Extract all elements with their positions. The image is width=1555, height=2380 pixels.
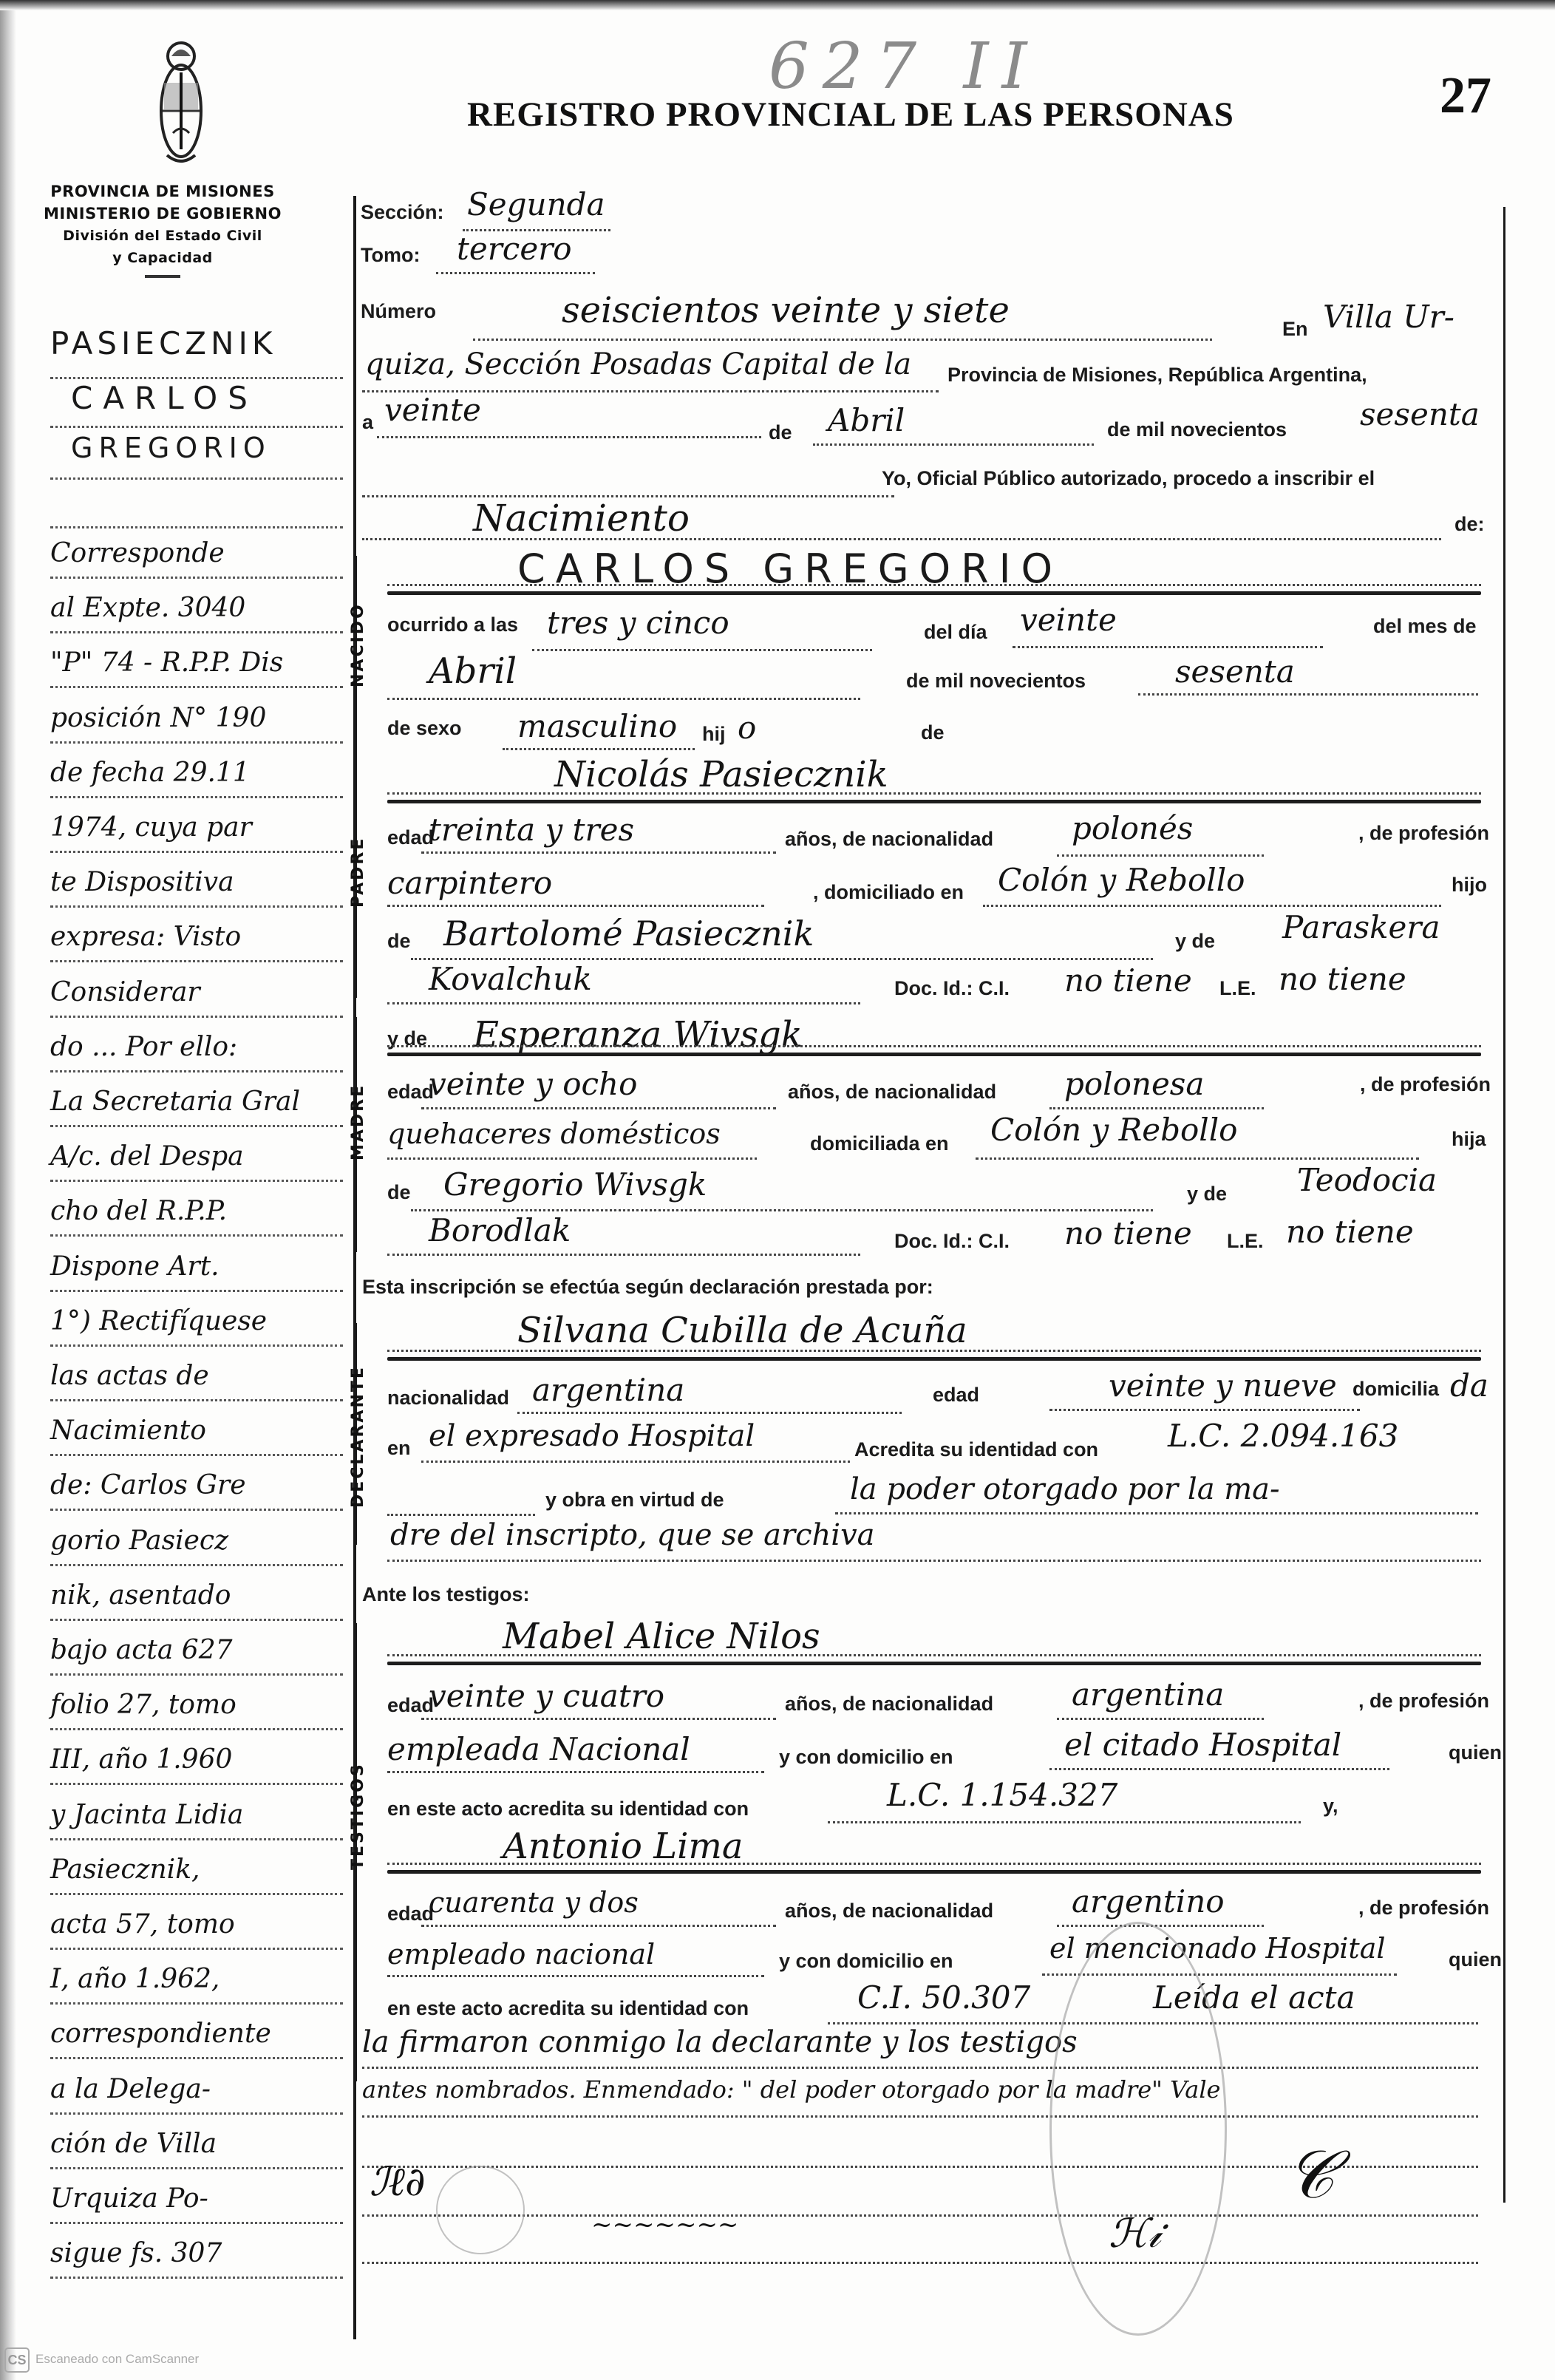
madre-prof-value: quehaceres domésticos xyxy=(387,1118,721,1150)
margin-note-line: de fecha 29.11 xyxy=(50,758,250,788)
madre-nac-value: polonesa xyxy=(1064,1066,1204,1102)
section-tag-testigos: TESTIGOS xyxy=(349,1762,367,1870)
paternal-grandfather-value: Bartolomé Pasiecznik xyxy=(443,914,814,953)
place-printed-text: Provincia de Misiones, República Argenti… xyxy=(947,364,1367,387)
dotted-line xyxy=(50,1070,343,1072)
tomo-label: Tomo: xyxy=(361,244,420,267)
margin-given-1: CARLOS xyxy=(71,380,258,416)
org-line-province: PROVINCIA DE MISIONES xyxy=(22,180,303,203)
padre-edad-value: treinta y tres xyxy=(429,812,634,848)
ocurrido-label: ocurrido a las xyxy=(387,613,518,636)
margin-note-line: ción de Villa xyxy=(50,2129,217,2159)
padre-le-value: no tiene xyxy=(1279,961,1406,997)
section-rule xyxy=(387,1870,1481,1874)
margin-note-line: a la Delega- xyxy=(50,2074,211,2104)
paper-edge-left xyxy=(0,0,16,2380)
section-rule xyxy=(387,1357,1481,1361)
section-rule xyxy=(387,591,1481,595)
nacido-year-label: de mil novecientos xyxy=(906,670,1086,693)
margin-note-line: cho del R.P.P. xyxy=(50,1196,227,1226)
padre-de-label: de xyxy=(387,930,411,953)
argentina-coat-of-arms-icon xyxy=(157,37,205,170)
padre-ci-value: no tiene xyxy=(1064,962,1192,999)
dotted-line xyxy=(387,1350,1481,1352)
madre-prof-label: , de profesión xyxy=(1360,1073,1491,1096)
w1-id-label: en este acto acredita su identidad con xyxy=(387,1798,749,1820)
section-tag-madre: MADRE xyxy=(349,1084,367,1160)
margin-note-line: correspondiente xyxy=(50,2019,271,2049)
birth-certificate-page: PROVINCIA DE MISIONES MINISTERIO DE GOBI… xyxy=(0,0,1555,2380)
birth-day-value: veinte xyxy=(1020,602,1117,638)
closing-text-2: la firmaron conmigo la declarante y los … xyxy=(362,2025,1078,2059)
sexo-label: de sexo xyxy=(387,717,462,740)
sexo-value: masculino xyxy=(517,708,677,744)
en-label: En xyxy=(1282,318,1308,341)
document-title: REGISTRO PROVINCIAL DE LAS PERSONAS xyxy=(467,95,1234,135)
w1-dom-value: el citado Hospital xyxy=(1064,1727,1341,1763)
margin-note-line: III, año 1.960 xyxy=(50,1744,232,1775)
madre-le-label: L.E. xyxy=(1227,1230,1264,1253)
dotted-line xyxy=(50,1016,343,1018)
madre-de-label: de xyxy=(387,1181,411,1204)
dotted-line xyxy=(362,2115,1478,2118)
hijo-label: hijo xyxy=(1452,874,1487,897)
tomo-value: tercero xyxy=(457,231,572,267)
dotted-line xyxy=(387,1975,764,1977)
padre-dom-label: , domiciliado en xyxy=(813,881,964,904)
dotted-line xyxy=(50,526,343,528)
de-colon-label: de: xyxy=(1454,513,1485,536)
margin-note-line: folio 27, tomo xyxy=(50,1690,237,1720)
dotted-line xyxy=(50,1234,343,1237)
dotted-line xyxy=(50,1728,343,1730)
declarante-id-value: L.C. 2.094.163 xyxy=(1168,1418,1398,1454)
dotted-line xyxy=(50,1399,343,1401)
madre-ci-value: no tiene xyxy=(1064,1215,1192,1251)
registry-month-value: Abril xyxy=(828,402,905,438)
testigos-intro: Ante los testigos: xyxy=(362,1583,530,1606)
right-border xyxy=(1503,207,1505,2203)
dotted-line xyxy=(50,905,343,908)
dotted-line xyxy=(1049,1768,1389,1770)
w1-nac-value: argentina xyxy=(1072,1676,1224,1713)
declarante-edad-value: veinte y nueve xyxy=(1109,1367,1337,1404)
signature-witness-2: ℋ𝒾 xyxy=(1109,2210,1161,2257)
w2-dom-label: y con domicilio en xyxy=(779,1950,953,1973)
w1-quien-label: quien xyxy=(1449,1741,1502,1764)
signature-witness-1: ~~~~~~~ xyxy=(591,2210,738,2240)
page-number: 27 xyxy=(1440,67,1491,126)
dotted-line xyxy=(828,1821,1301,1823)
dotted-line xyxy=(50,377,343,379)
org-line-capacity: y Capacidad xyxy=(22,247,303,269)
w2-edad-label: edad xyxy=(387,1903,434,1925)
dotted-line xyxy=(436,272,595,274)
madre-y-de2-label: y de xyxy=(1187,1183,1227,1206)
declarante-dom-value-2: el expresado Hospital xyxy=(429,1419,755,1453)
madre-le-value: no tiene xyxy=(1286,1214,1414,1250)
dotted-line xyxy=(50,1948,343,1950)
margin-note-line: las actas de xyxy=(50,1361,209,1391)
witness-1-name-value: Mabel Alice Nilos xyxy=(503,1616,820,1657)
dotted-line xyxy=(387,1002,860,1004)
w1-dom-label: y con domicilio en xyxy=(779,1746,953,1769)
margin-given-2: GREGORIO xyxy=(71,432,271,464)
father-name-value: Nicolás Pasiecznik xyxy=(554,754,888,795)
dotted-line xyxy=(532,649,872,651)
obra-value-1: la poder otorgado por la ma- xyxy=(850,1472,1280,1506)
padre-edad-label: edad xyxy=(387,826,434,849)
padre-y-de-label: y de xyxy=(1175,930,1215,953)
margin-note-line: sigue fs. 307 xyxy=(50,2238,222,2268)
hija-label: hija xyxy=(1452,1128,1486,1151)
dotted-line xyxy=(421,1925,776,1927)
dotted-line xyxy=(50,1125,343,1127)
registry-year-value: sesenta xyxy=(1360,396,1480,432)
w2-quien-label: quien xyxy=(1449,1948,1502,1971)
section-tag-nacido: NACIDO xyxy=(349,602,367,687)
org-divider xyxy=(145,275,180,278)
dotted-line xyxy=(1049,1409,1360,1411)
margin-note-line: 1974, cuya par xyxy=(50,812,252,843)
dotted-line xyxy=(1057,1718,1264,1720)
margin-note-line: nik, asentado xyxy=(50,1580,231,1611)
w1-y-label: y, xyxy=(1323,1795,1338,1818)
padre-doc-label: Doc. Id.: C.I. xyxy=(894,977,1010,1000)
margin-note-line: bajo acta 627 xyxy=(50,1635,233,1665)
seccion-value: Segunda xyxy=(467,186,605,222)
dotted-line xyxy=(1013,646,1323,648)
margin-note-line: 1°) Rectifíquese xyxy=(50,1306,267,1336)
margin-note-line: posición N° 190 xyxy=(50,703,266,733)
registry-day-value: veinte xyxy=(384,392,481,428)
dotted-line xyxy=(1057,1925,1264,1927)
dotted-line xyxy=(50,1838,343,1840)
dotted-line xyxy=(362,538,1441,540)
section-tag-declarante: DECLARANTE xyxy=(349,1365,367,1508)
w2-prof-label: , de profesión xyxy=(1358,1897,1489,1920)
madre-dom-value: Colón y Rebollo xyxy=(990,1112,1237,1148)
margin-note-line: Urquiza Po- xyxy=(50,2183,208,2214)
dotted-line xyxy=(983,905,1441,907)
dotted-line xyxy=(1057,854,1264,857)
dotted-line xyxy=(50,686,343,688)
w2-prof-value: empleado nacional xyxy=(387,1938,655,1971)
madre-nac-label: años, de nacionalidad xyxy=(788,1081,996,1104)
declarante-nac-value: argentina xyxy=(532,1372,684,1408)
org-line-ministry: MINISTERIO DE GOBIERNO xyxy=(22,203,303,225)
margin-note-line: Corresponde xyxy=(50,538,225,568)
pencil-annotation: 627 II xyxy=(769,30,1040,103)
dotted-line xyxy=(50,1564,343,1566)
mother-name-value: Esperanza Wivsgk xyxy=(473,1014,803,1055)
dotted-line xyxy=(411,958,1153,960)
hij-value: o xyxy=(738,710,756,746)
dotted-line xyxy=(50,1893,343,1895)
dotted-line xyxy=(50,426,343,428)
dia-label: del día xyxy=(924,621,987,644)
dotted-line xyxy=(387,1045,1481,1047)
margin-note-line: expresa: Visto xyxy=(50,922,241,952)
dotted-line xyxy=(362,2067,1478,2069)
margin-note-line: acta 57, tomo xyxy=(50,1909,235,1939)
dotted-line xyxy=(50,2057,343,2059)
declarante-edad-label: edad xyxy=(933,1384,979,1407)
dotted-line xyxy=(50,2222,343,2224)
declarante-dom-label: domicilia xyxy=(1352,1378,1439,1401)
dotted-line xyxy=(387,584,1481,586)
hij-label: hij xyxy=(702,723,726,746)
camscanner-watermark: Escaneado con CamScanner xyxy=(35,2352,199,2367)
dotted-line xyxy=(835,1512,1478,1514)
paternal-grandmother-value-1: Paraskera xyxy=(1282,909,1440,945)
obra-value-2: dre del inscripto, que se archiva xyxy=(390,1518,875,1552)
margin-note-line: y Jacinta Lidia xyxy=(50,1800,243,1830)
padre-dom-value: Colón y Rebollo xyxy=(998,862,1245,898)
dotted-line xyxy=(50,851,343,853)
seccion-label: Sección: xyxy=(361,201,444,224)
declarante-dom-value-1: da xyxy=(1450,1367,1488,1404)
margin-note-line: Pasiecznik, xyxy=(50,1854,200,1885)
margin-note-line: I, año 1.962, xyxy=(50,1964,220,1994)
birth-hour-value: tres y cinco xyxy=(547,605,729,641)
declarante-en-label: en xyxy=(387,1437,411,1460)
margin-note-line: al Expte. 3040 xyxy=(50,593,245,623)
org-line-division: División del Estado Civil xyxy=(22,225,303,247)
maternal-grandmother-value-1: Teodocia xyxy=(1297,1162,1437,1198)
padre-le-label: L.E. xyxy=(1219,977,1256,1000)
dotted-line xyxy=(362,2262,1478,2264)
w1-id-value: L.C. 1.154.327 xyxy=(887,1777,1117,1813)
margin-note-line: do ... Por ello: xyxy=(50,1032,237,1062)
margin-note-line: "P" 74 - R.P.P. Dis xyxy=(50,647,283,678)
margin-note-line: La Secretaria Gral xyxy=(50,1087,300,1117)
dotted-line xyxy=(387,698,860,700)
dotted-line xyxy=(50,1344,343,1347)
place-value-2: quiza, Sección Posadas Capital de la xyxy=(365,347,911,381)
declarante-nac-label: nacionalidad xyxy=(387,1387,509,1410)
camscanner-logo-icon: CS xyxy=(4,2347,30,2373)
dotted-line xyxy=(421,851,776,854)
registry-stamp-icon xyxy=(1049,1922,1227,2336)
padre-nac-label: años, de nacionalidad xyxy=(785,828,993,851)
dotted-line xyxy=(50,796,343,798)
dotted-line xyxy=(50,1180,343,1182)
dotted-line xyxy=(387,792,1481,795)
madre-edad-value: veinte y ocho xyxy=(429,1066,637,1102)
section-rule xyxy=(387,1662,1481,1665)
year-label: de mil novecientos xyxy=(1107,418,1287,441)
dotted-line xyxy=(1049,1107,1264,1109)
birth-month-value: Abril xyxy=(429,650,517,692)
dotted-line xyxy=(50,960,343,962)
dotted-line xyxy=(50,577,343,579)
dotted-line xyxy=(362,2214,1478,2217)
section-rule xyxy=(387,800,1481,803)
w1-prof-label: , de profesión xyxy=(1358,1690,1489,1713)
dotted-line xyxy=(50,2277,343,2279)
madre-dom-label: domiciliada en xyxy=(810,1132,949,1155)
w1-prof-value: empleada Nacional xyxy=(387,1731,690,1767)
w2-id-value: C.I. 50.307 xyxy=(857,1979,1030,2016)
dotted-line xyxy=(50,1783,343,1785)
de-label: de xyxy=(769,421,792,444)
dotted-line xyxy=(50,1454,343,1456)
dotted-line xyxy=(50,631,343,633)
mes-label: del mes de xyxy=(1373,615,1477,638)
margin-note-line: Considerar xyxy=(50,977,200,1007)
dotted-line xyxy=(503,748,695,750)
dotted-line xyxy=(421,1107,776,1109)
dotted-line xyxy=(387,1863,1481,1865)
w1-edad-label: edad xyxy=(387,1694,434,1717)
dotted-line xyxy=(387,1771,764,1773)
dotted-line xyxy=(387,1654,1481,1656)
declarant-name-value: Silvana Cubilla de Acuña xyxy=(517,1310,967,1351)
numero-label: Número xyxy=(361,300,436,323)
dotted-line xyxy=(50,2002,343,2005)
dotted-line xyxy=(50,2167,343,2169)
dotted-line xyxy=(813,443,1094,446)
declarante-intro: Esta inscripción se efectúa según declar… xyxy=(362,1276,933,1299)
margin-note-line: gorio Pasiecz xyxy=(50,1526,228,1556)
maternal-grandmother-value-2: Borodlak xyxy=(429,1212,571,1248)
margin-note-line: de: Carlos Gre xyxy=(50,1470,246,1500)
issuing-organization: PROVINCIA DE MISIONES MINISTERIO DE GOBI… xyxy=(22,180,303,278)
dotted-line xyxy=(421,1461,850,1463)
dotted-line xyxy=(50,741,343,744)
w2-nac-value: argentino xyxy=(1072,1883,1225,1920)
padre-prof-value: carpintero xyxy=(387,865,552,901)
w1-nac-label: años, de nacionalidad xyxy=(785,1693,993,1716)
dotted-line xyxy=(387,1514,535,1516)
declarante-id-label: Acredita su identidad con xyxy=(854,1438,1098,1461)
dotted-line xyxy=(50,1509,343,1511)
dotted-line xyxy=(421,1718,776,1720)
dotted-line xyxy=(976,1157,1419,1160)
dotted-line xyxy=(387,1560,1481,1562)
nacido-de-label: de xyxy=(921,721,945,744)
signature-declarant: ℐℓ∂ xyxy=(370,2158,426,2205)
dotted-line xyxy=(473,339,1212,341)
place-value-1: Villa Ur- xyxy=(1323,299,1454,335)
paper-edge-top xyxy=(0,0,1555,10)
signature-officer: 𝒞 xyxy=(1286,2136,1335,2214)
dotted-line xyxy=(1138,693,1478,696)
dotted-line xyxy=(50,477,343,480)
dotted-line xyxy=(387,905,764,907)
maternal-grandfather-value: Gregorio Wivsgk xyxy=(443,1166,707,1203)
w1-edad-value: veinte y cuatro xyxy=(429,1678,664,1714)
dotted-line xyxy=(411,1209,1153,1211)
madre-doc-label: Doc. Id.: C.I. xyxy=(894,1230,1010,1253)
a-label: a xyxy=(362,411,373,434)
margin-note-line: Dispone Art. xyxy=(50,1251,220,1282)
dotted-line xyxy=(377,436,761,438)
numero-value: seiscientos veinte y siete xyxy=(562,290,1010,331)
dotted-line xyxy=(387,1157,757,1160)
birth-year-value: sesenta xyxy=(1175,653,1295,690)
dotted-line xyxy=(50,1290,343,1292)
officer-statement: Yo, Oficial Público autorizado, procedo … xyxy=(882,467,1375,490)
margin-note-line: A/c. del Despa xyxy=(50,1141,244,1172)
margin-surname: PASIECZNIK xyxy=(50,325,276,361)
madre-edad-label: edad xyxy=(387,1081,434,1104)
w2-nac-label: años, de nacionalidad xyxy=(785,1900,993,1922)
padre-nac-value: polonés xyxy=(1072,810,1193,846)
margin-note-line: te Dispositiva xyxy=(50,867,234,897)
dotted-line xyxy=(50,1619,343,1621)
obra-label: y obra en virtud de xyxy=(545,1489,724,1512)
dotted-line xyxy=(517,1412,902,1414)
act-type-value: Nacimiento xyxy=(473,497,690,540)
dotted-line xyxy=(50,2112,343,2115)
w2-edad-value: cuarenta y dos xyxy=(429,1886,639,1919)
padre-prof-label: , de profesión xyxy=(1358,822,1489,845)
official-seal-stamp-icon xyxy=(436,2166,525,2254)
witness-2-name-value: Antonio Lima xyxy=(503,1826,744,1867)
section-tag-padre: PADRE xyxy=(349,837,367,908)
dotted-line xyxy=(387,1254,860,1256)
dotted-line xyxy=(50,1673,343,1676)
w2-id-label: en este acto acredita su identidad con xyxy=(387,1997,749,2020)
paternal-grandmother-value-2: Kovalchuk xyxy=(429,961,592,997)
section-rule xyxy=(387,1053,1481,1056)
margin-note-line: Nacimiento xyxy=(50,1415,206,1446)
